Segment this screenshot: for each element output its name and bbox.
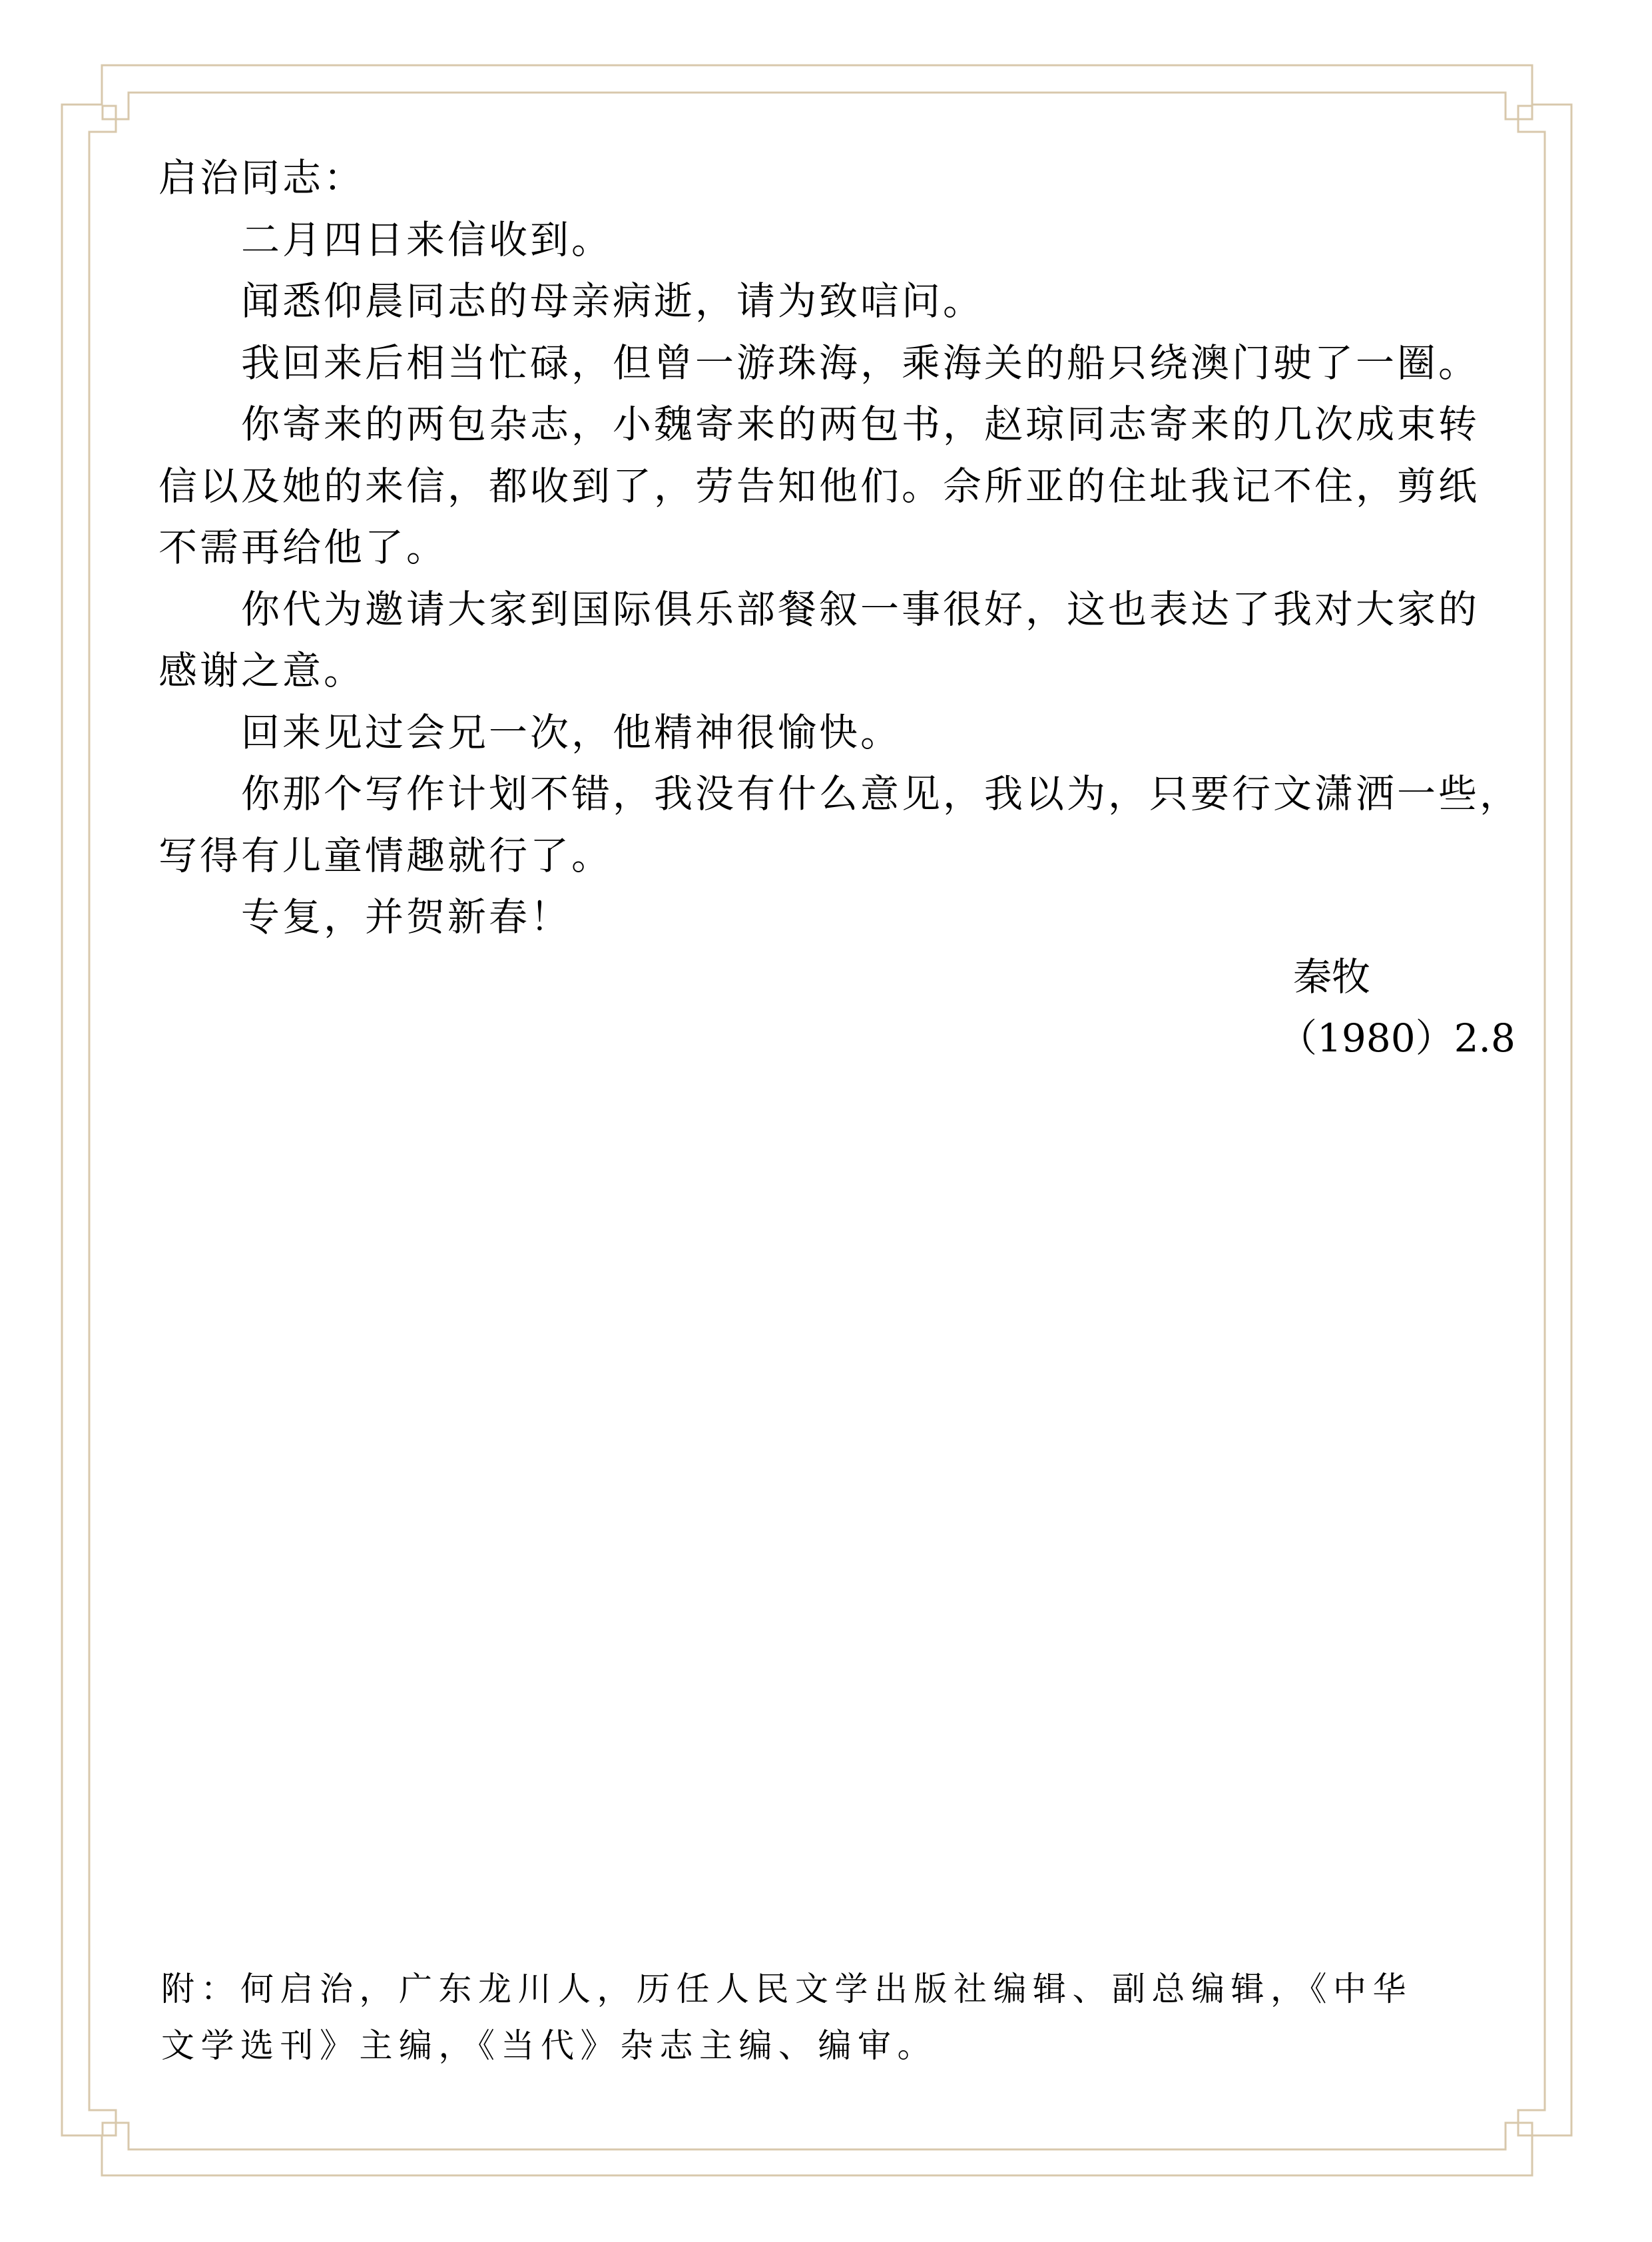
paragraph-line: 感谢之意。 [158,640,1497,702]
paragraph-line: 闻悉仰晨同志的母亲病逝，请为致唁问。 [158,270,1497,332]
footnote: 附：何启治，广东龙川人，历任人民文学出版社编辑、副总编辑，《中华 文学选刊》主编… [161,1961,1412,2074]
paragraph-line: 不需再给他了。 [158,517,1497,579]
paragraph-line: 你代为邀请大家到国际俱乐部餐叙一事很好，这也表达了我对大家的 [158,579,1497,641]
paragraph-line: 回来见过会兄一次，他精神很愉快。 [158,702,1497,764]
letter-body: 启治同志： 二月四日来信收到。 闻悉仰晨同志的母亲病逝，请为致唁问。 我回来后相… [158,147,1497,948]
salutation: 启治同志： [158,147,1497,209]
closing: 专复，并贺新春！ [158,886,1497,948]
paragraph-line: 信以及她的来信，都收到了，劳告知他们。佘所亚的住址我记不住，剪纸 [158,455,1497,517]
footnote-line: 文学选刊》主编，《当代》杂志主编、编审。 [161,2018,1412,2074]
paragraph-line: 我回来后相当忙碌，但曾一游珠海，乘海关的船只绕澳门驶了一圈。 [158,332,1497,394]
letter-date: （1980）2.8 [1278,1007,1515,1063]
paragraph-line: 你那个写作计划不错，我没有什么意见，我以为，只要行文潇洒一些， [158,763,1497,825]
paragraph-line: 二月四日来信收到。 [158,209,1497,271]
signature: 秦牧 [1293,946,1370,1001]
footnote-line: 附：何启治，广东龙川人，历任人民文学出版社编辑、副总编辑，《中华 [161,1961,1412,2018]
paragraph-line: 写得有儿童情趣就行了。 [158,825,1497,887]
paragraph-line: 你寄来的两包杂志，小魏寄来的两包书，赵琼同志寄来的几次成束转 [158,394,1497,455]
